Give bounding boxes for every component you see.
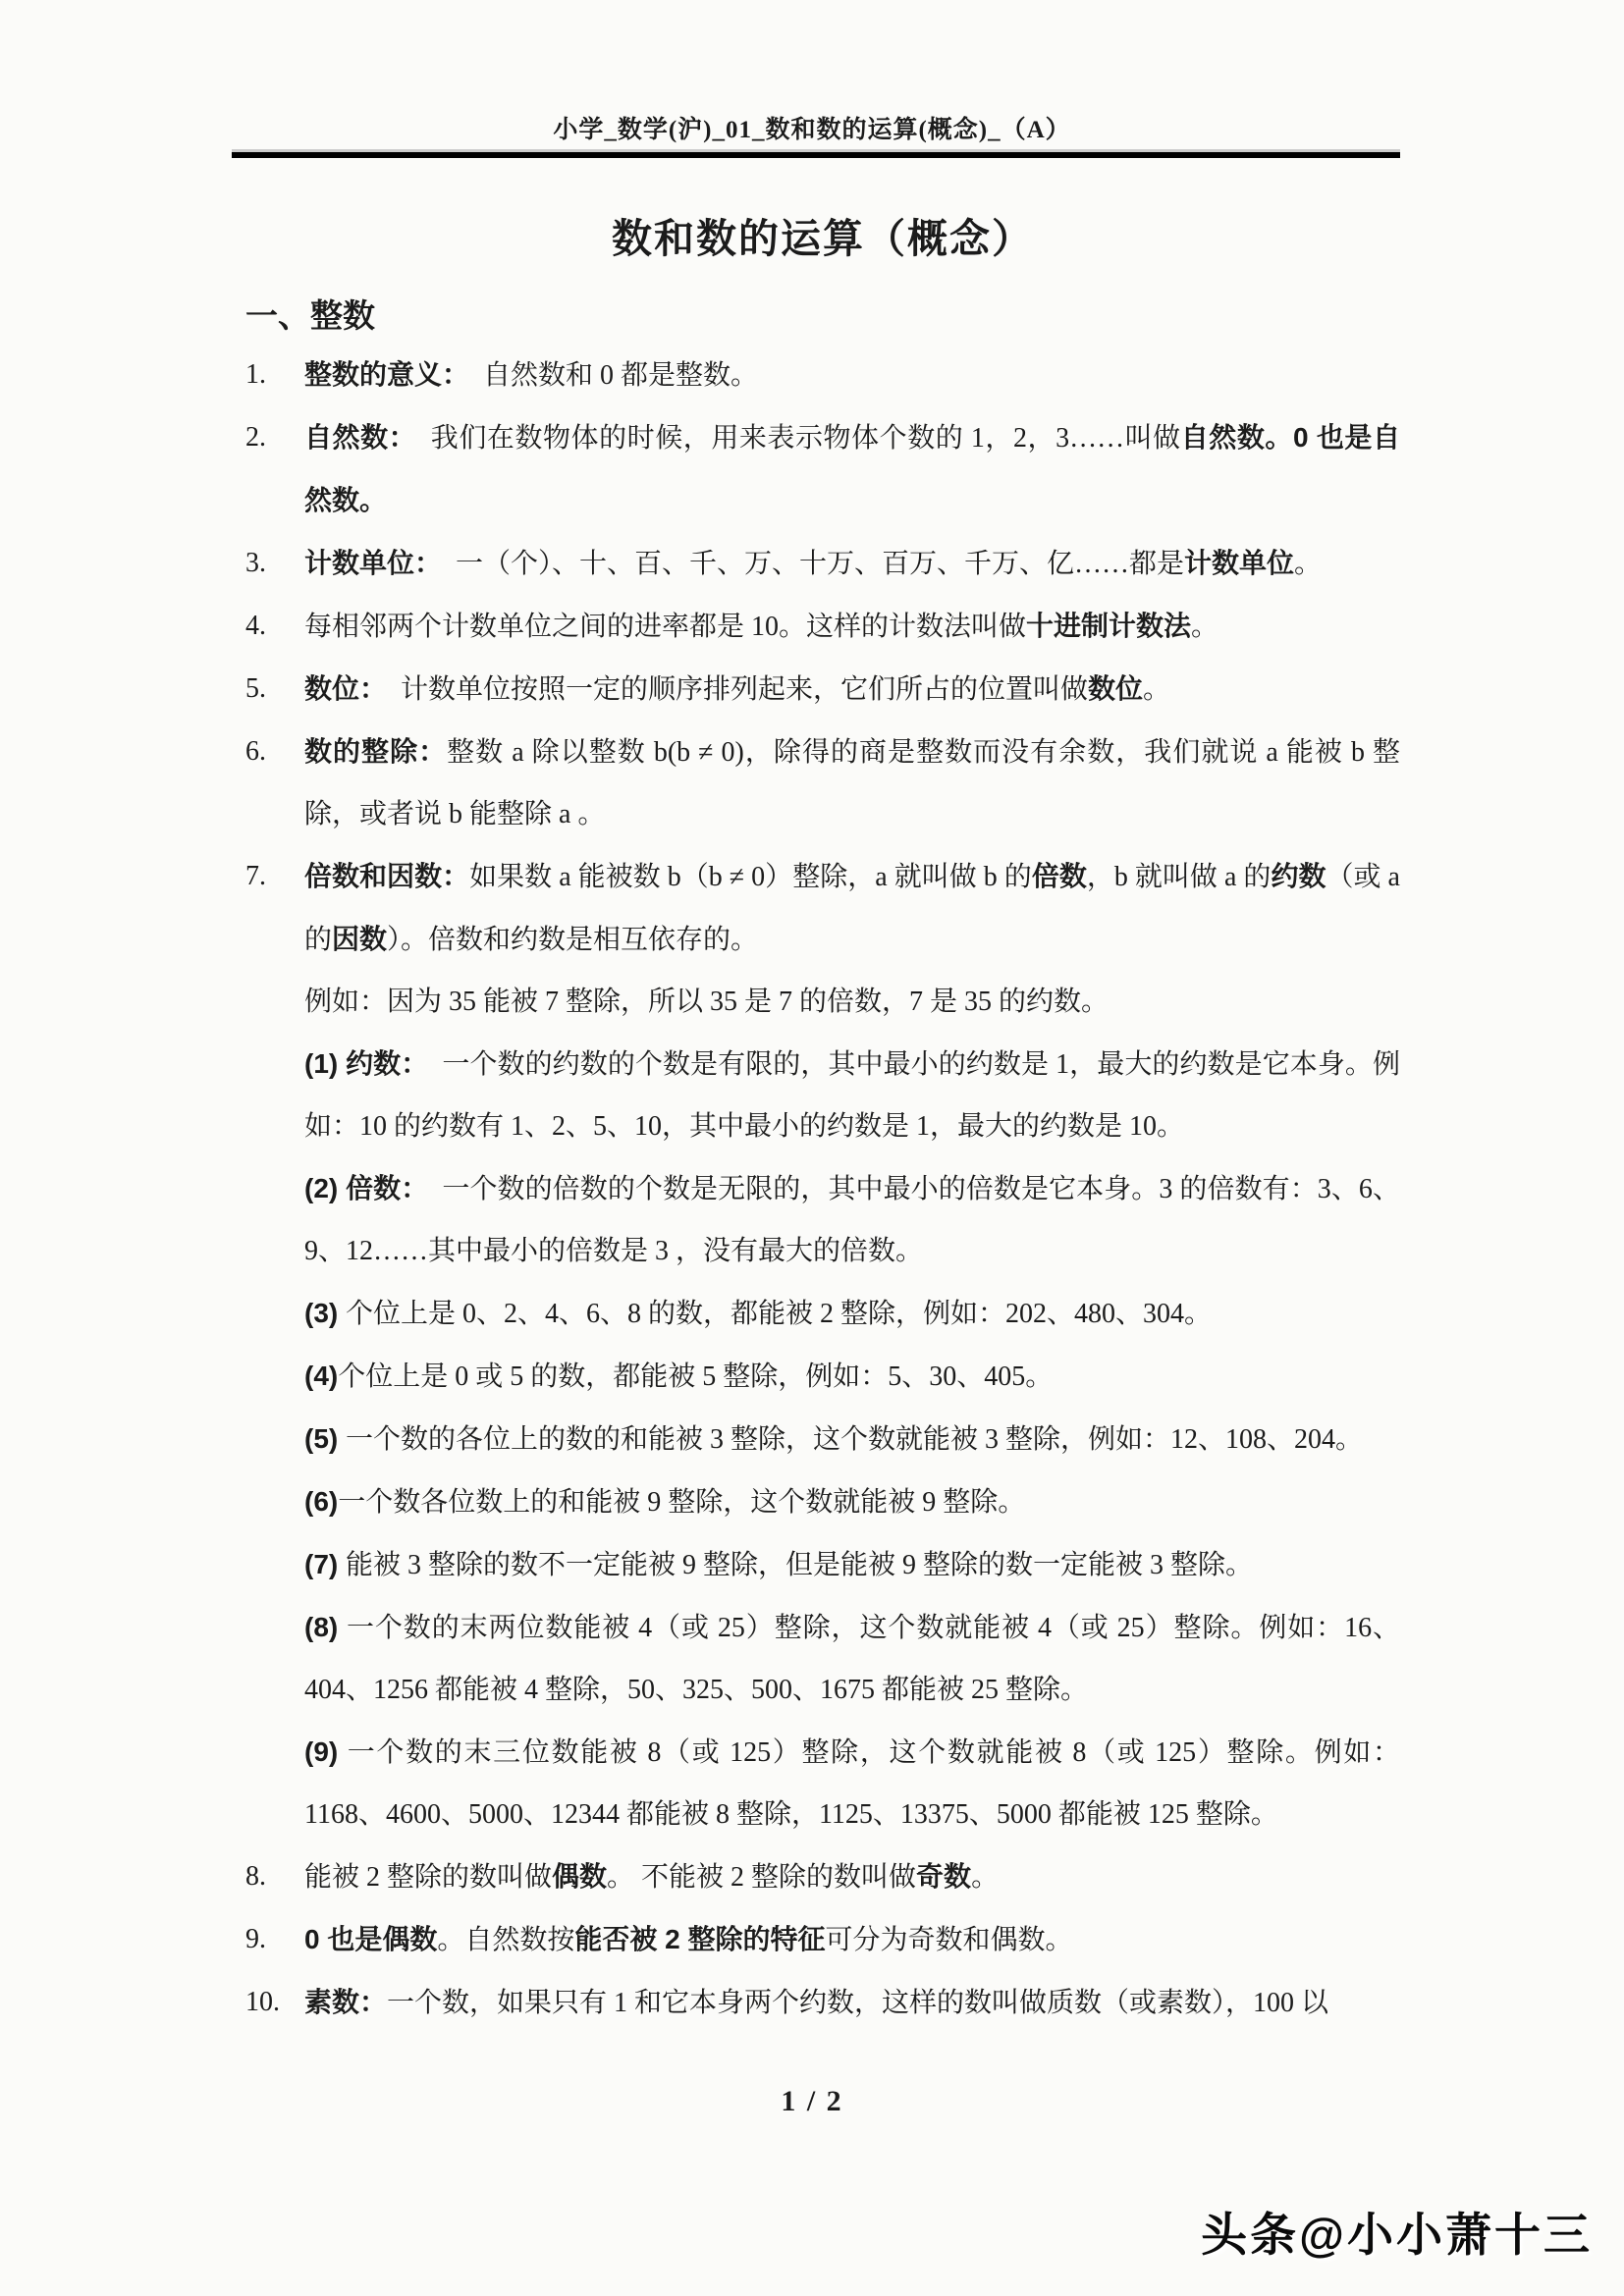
item-text: 数位： 计数单位按照一定的顺序排列起来，它们所占的位置叫做数位。 [304, 658, 1400, 721]
text-segment: 一个数，如果只有 1 和它本身两个约数，这样的数叫做质数（或素数），100 以 [387, 1988, 1328, 2018]
list-item: 10.素数：一个数，如果只有 1 和它本身两个约数，这样的数叫做质数（或素数），… [245, 1971, 1400, 2034]
text-segment: (4) [304, 1361, 338, 1391]
text-segment: 。自然数按 [437, 1925, 574, 1955]
text-segment: 一个数的倍数的个数是无限的，其中最小的倍数是它本身。3 的倍数有：3、6、9、1… [304, 1174, 1400, 1266]
item-marker: 9. [245, 1908, 304, 1971]
page-title: 数和数的运算（概念） [245, 214, 1400, 263]
list-item: (1) 约数： 一个数的约数的个数是有限的，其中最小的约数是 1，最大的约数是它… [245, 1033, 1400, 1157]
text-segment: (2) 倍数： [304, 1173, 414, 1203]
item-marker: 10. [245, 1971, 304, 2034]
page-number: 1 / 2 [0, 2085, 1624, 2118]
text-segment: 一（个）、十、百、千、万、十万、百万、千万、亿……都是 [428, 549, 1184, 579]
item-marker [245, 1408, 304, 1470]
list-item: 8.能被 2 整除的数叫做偶数。 不能被 2 整除的数叫做奇数。 [245, 1845, 1400, 1908]
text-segment: 整数 a 除以整数 b(b ≠ 0)，除得的商是整数而没有余数，我们就说 a 能… [304, 737, 1400, 829]
item-marker: 1. [245, 344, 304, 406]
list-item: 2.自然数： 我们在数物体的时候，用来表示物体个数的 1，2，3……叫做自然数。… [245, 406, 1400, 532]
item-text: 自然数： 我们在数物体的时候，用来表示物体个数的 1，2，3……叫做自然数。0 … [304, 406, 1400, 532]
concept-list: 1.整数的意义： 自然数和 0 都是整数。2.自然数： 我们在数物体的时候，用来… [245, 344, 1400, 2034]
text-segment: 奇数 [916, 1861, 971, 1892]
list-item: 9.0 也是偶数。自然数按能否被 2 整除的特征可分为奇数和偶数。 [245, 1908, 1400, 1971]
item-marker [245, 1157, 304, 1282]
list-item: (5) 一个数的各位上的数的和能被 3 整除，这个数就能被 3 整除，例如：12… [245, 1408, 1400, 1470]
document-header: 小学_数学(沪)_01_数和数的运算(概念)_（A） [0, 110, 1624, 145]
text-segment: ，b 就叫做 a 的 [1087, 862, 1272, 892]
text-segment: 十进制计数法 [1026, 611, 1191, 641]
text-segment: 能被 2 整除的数叫做 [304, 1862, 552, 1893]
text-segment: 倍数 [1032, 861, 1087, 891]
text-segment: 自然数和 0 都是整数。 [456, 360, 758, 391]
section-heading: 一、整数 [245, 294, 1400, 338]
item-marker [245, 1533, 304, 1596]
list-item: (2) 倍数： 一个数的倍数的个数是无限的，其中最小的倍数是它本身。3 的倍数有… [245, 1157, 1400, 1282]
text-segment: 例如：因为 35 能被 7 整除，所以 35 是 7 的倍数，7 是 35 的约… [304, 987, 1109, 1017]
item-marker: 5. [245, 658, 304, 721]
item-text: 素数：一个数，如果只有 1 和它本身两个约数，这样的数叫做质数（或素数），100… [304, 1971, 1400, 2034]
list-item: (6)一个数各位数上的和能被 9 整除，这个数就能被 9 整除。 [245, 1470, 1400, 1533]
text-segment: 能被 3 整除的数不一定能被 9 整除，但是能被 9 整除的数一定能被 3 整除… [346, 1550, 1253, 1580]
list-item: 6.数的整除：整数 a 除以整数 b(b ≠ 0)，除得的商是整数而没有余数，我… [245, 721, 1400, 845]
text-segment: (6) [304, 1486, 338, 1517]
text-segment: 0 也是偶数 [304, 1924, 437, 1954]
text-segment: 因数 [332, 924, 387, 954]
list-item: (8) 一个数的末两位数能被 4（或 25）整除，这个数就能被 4（或 25）整… [245, 1596, 1400, 1721]
item-marker [245, 1596, 304, 1721]
text-segment: 可分为奇数和偶数。 [826, 1925, 1073, 1955]
item-marker: 3. [245, 532, 304, 595]
text-segment: (7) [304, 1549, 346, 1579]
document-page: 小学_数学(沪)_01_数和数的运算(概念)_（A） 数和数的运算（概念） 一、… [0, 0, 1624, 2296]
list-item: 3.计数单位： 一（个）、十、百、千、万、十万、百万、千万、亿……都是计数单位。 [245, 532, 1400, 595]
text-segment: 我们在数物体的时候，用来表示物体个数的 1，2，3……叫做 [403, 423, 1181, 454]
item-text: 计数单位： 一（个）、十、百、千、万、十万、百万、千万、亿……都是计数单位。 [304, 532, 1400, 595]
text-segment: 数位： [304, 673, 373, 704]
text-segment: 能否被 2 整除的特征 [574, 1924, 825, 1954]
item-text: (6)一个数各位数上的和能被 9 整除，这个数就能被 9 整除。 [304, 1470, 1400, 1533]
list-item: (3) 个位上是 0、2、4、6、8 的数，都能被 2 整除，例如：202、48… [245, 1282, 1400, 1345]
text-segment: 一个数的各位上的数的和能被 3 整除，这个数就能被 3 整除，例如：12、108… [346, 1424, 1363, 1455]
item-text: 例如：因为 35 能被 7 整除，所以 35 是 7 的倍数，7 是 35 的约… [304, 971, 1400, 1033]
list-item: (7) 能被 3 整除的数不一定能被 9 整除，但是能被 9 整除的数一定能被 … [245, 1533, 1400, 1596]
document-content: 数和数的运算（概念） 一、整数 1.整数的意义： 自然数和 0 都是整数。2.自… [245, 214, 1400, 2034]
text-segment: 。 [1294, 549, 1322, 579]
list-item: 5.数位： 计数单位按照一定的顺序排列起来，它们所占的位置叫做数位。 [245, 658, 1400, 721]
item-marker [245, 1721, 304, 1845]
list-item: 1.整数的意义： 自然数和 0 都是整数。 [245, 344, 1400, 406]
item-text: 数的整除：整数 a 除以整数 b(b ≠ 0)，除得的商是整数而没有余数，我们就… [304, 721, 1400, 845]
list-item: 7.倍数和因数：如果数 a 能被数 b（b ≠ 0）整除，a 就叫做 b 的倍数… [245, 845, 1400, 971]
text-segment: 。 [1143, 674, 1170, 705]
list-item: 4.每相邻两个计数单位之间的进率都是 10。这样的计数法叫做十进制计数法。 [245, 595, 1400, 658]
item-text: 整数的意义： 自然数和 0 都是整数。 [304, 344, 1400, 406]
text-segment: 。 [1191, 612, 1218, 642]
text-segment: 一个数的末两位数能被 4（或 25）整除，这个数就能被 4（或 25）整除。例如… [304, 1613, 1400, 1705]
text-segment: 整数的意义： [304, 359, 456, 390]
text-segment: 倍数和因数： [304, 861, 469, 891]
item-marker [245, 1345, 304, 1408]
item-text: 倍数和因数：如果数 a 能被数 b（b ≠ 0）整除，a 就叫做 b 的倍数，b… [304, 845, 1400, 971]
text-segment: 。 不能被 2 整除的数叫做 [607, 1862, 916, 1893]
item-marker: 6. [245, 721, 304, 845]
item-marker [245, 1470, 304, 1533]
item-marker [245, 1282, 304, 1345]
item-text: (4)个位上是 0 或 5 的数，都能被 5 整除，例如：5、30、405。 [304, 1345, 1400, 1408]
item-text: (1) 约数： 一个数的约数的个数是有限的，其中最小的约数是 1，最大的约数是它… [304, 1033, 1400, 1157]
text-segment: (3) [304, 1298, 346, 1328]
text-segment: 计数单位： [304, 548, 428, 578]
item-text: (8) 一个数的末两位数能被 4（或 25）整除，这个数就能被 4（或 25）整… [304, 1596, 1400, 1721]
item-marker [245, 1033, 304, 1157]
item-text: (2) 倍数： 一个数的倍数的个数是无限的，其中最小的倍数是它本身。3 的倍数有… [304, 1157, 1400, 1282]
text-segment: 素数： [304, 1987, 387, 2017]
text-segment: 如果数 a 能被数 b（b ≠ 0）整除，a 就叫做 b 的 [469, 862, 1032, 892]
text-segment: 数的整除： [304, 736, 447, 767]
item-marker [245, 971, 304, 1033]
text-segment: 计数单位 [1184, 548, 1294, 578]
watermark: 头条@小小萧十三 [1201, 2199, 1593, 2265]
item-text: 0 也是偶数。自然数按能否被 2 整除的特征可分为奇数和偶数。 [304, 1908, 1400, 1971]
text-segment: 计数单位按照一定的顺序排列起来，它们所占的位置叫做 [373, 674, 1088, 705]
text-segment: 偶数 [552, 1861, 607, 1892]
text-segment: (1) 约数： [304, 1048, 414, 1079]
list-item: (4)个位上是 0 或 5 的数，都能被 5 整除，例如：5、30、405。 [245, 1345, 1400, 1408]
item-text: (9) 一个数的末三位数能被 8（或 125）整除，这个数就能被 8（或 125… [304, 1721, 1400, 1845]
text-segment: 每相邻两个计数单位之间的进率都是 10。这样的计数法叫做 [304, 612, 1026, 642]
text-segment: 一个数的末三位数能被 8（或 125）整除，这个数就能被 8（或 125）整除。… [304, 1737, 1400, 1830]
item-text: (3) 个位上是 0、2、4、6、8 的数，都能被 2 整除，例如：202、48… [304, 1282, 1400, 1345]
text-segment: 约数 [1271, 861, 1326, 891]
item-marker: 7. [245, 845, 304, 971]
text-segment: (8) [304, 1612, 347, 1642]
text-segment: 一个数各位数上的和能被 9 整除，这个数就能被 9 整除。 [338, 1487, 1025, 1518]
text-segment: 个位上是 0、2、4、6、8 的数，都能被 2 整除，例如：202、480、30… [346, 1299, 1212, 1329]
header-rule [232, 152, 1400, 158]
list-item: (9) 一个数的末三位数能被 8（或 125）整除，这个数就能被 8（或 125… [245, 1721, 1400, 1845]
item-marker: 8. [245, 1845, 304, 1908]
text-segment: 个位上是 0 或 5 的数，都能被 5 整除，例如：5、30、405。 [338, 1362, 1053, 1392]
list-item: 例如：因为 35 能被 7 整除，所以 35 是 7 的倍数，7 是 35 的约… [245, 971, 1400, 1033]
item-text: 每相邻两个计数单位之间的进率都是 10。这样的计数法叫做十进制计数法。 [304, 595, 1400, 658]
item-text: (5) 一个数的各位上的数的和能被 3 整除，这个数就能被 3 整除，例如：12… [304, 1408, 1400, 1470]
item-text: 能被 2 整除的数叫做偶数。 不能被 2 整除的数叫做奇数。 [304, 1845, 1400, 1908]
text-segment: ）。倍数和约数是相互依存的。 [387, 925, 758, 955]
text-segment: 自然数： [304, 422, 403, 453]
text-segment: 。 [971, 1862, 999, 1893]
text-segment: 一个数的约数的个数是有限的，其中最小的约数是 1，最大的约数是它本身。例如：10… [304, 1049, 1400, 1142]
item-marker: 2. [245, 406, 304, 532]
text-segment: 数位 [1088, 673, 1143, 704]
item-text: (7) 能被 3 整除的数不一定能被 9 整除，但是能被 9 整除的数一定能被 … [304, 1533, 1400, 1596]
text-segment: (9) [304, 1736, 348, 1767]
text-segment: (5) [304, 1423, 346, 1454]
item-marker: 4. [245, 595, 304, 658]
